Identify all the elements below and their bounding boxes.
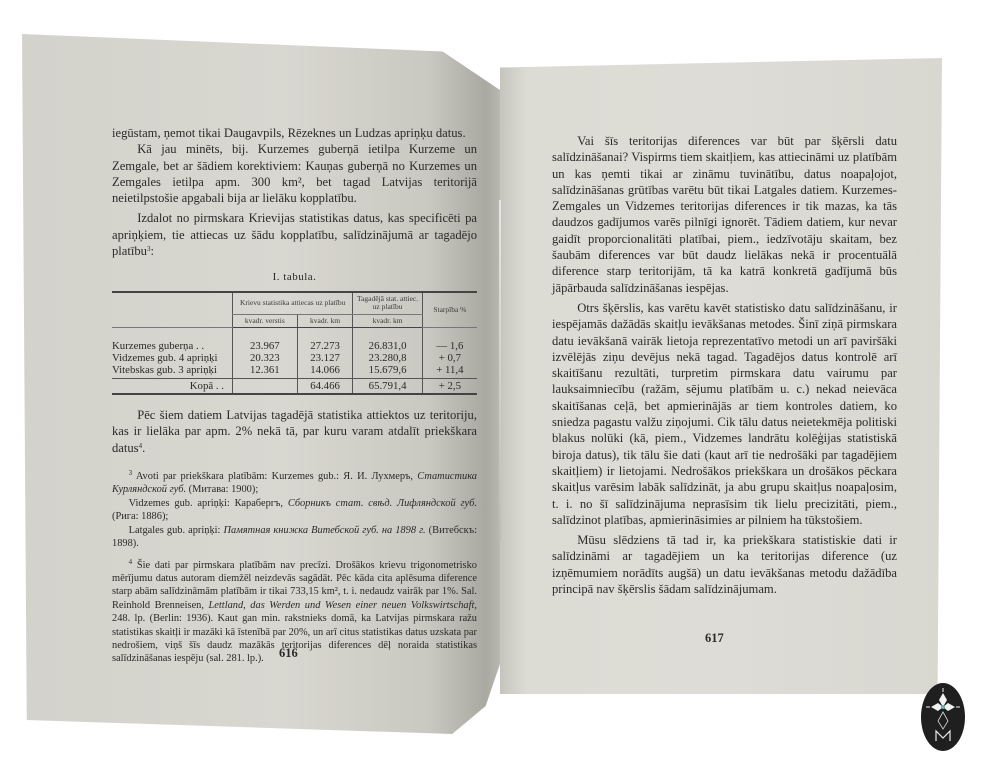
table-row: Vidzemes gub. 4 apriņķi 20.323 23.127 23… xyxy=(112,352,477,364)
total-difference: + 2,5 xyxy=(422,379,477,395)
cell-km-russian: 14.066 xyxy=(297,364,353,379)
logo-glyph-icon xyxy=(921,683,965,751)
publisher-logo-icon xyxy=(921,683,965,751)
table-header-region xyxy=(112,292,232,328)
paragraph-end: . xyxy=(142,441,145,455)
cell-versts: 23.967 xyxy=(232,328,297,353)
footnote-text: (Митава: 1900); xyxy=(189,484,259,495)
footnote-title: Памятная книжка Витебской губ. на 1898 г… xyxy=(224,525,426,536)
table-total-row: Kopā . . 64.466 65.791,4 + 2,5 xyxy=(112,379,477,395)
left-paragraph-3: Izdalot no pirmskara Krievijas statistik… xyxy=(112,210,477,259)
table-subheader-km-current: kvadr. km xyxy=(353,314,422,328)
footnote-title: Сборникъ стат. свѣд. Лифляндской губ. xyxy=(288,498,477,509)
table-header-difference: Starpība % xyxy=(422,292,477,328)
cell-km-current: 15.679,6 xyxy=(353,364,422,379)
row-name: Vitebskas gub. 3 apriņķi xyxy=(112,364,232,379)
paragraph-text: Izdalot no pirmskara Krievijas statistik… xyxy=(112,211,477,258)
table-subheader-km-russian: kvadr. km xyxy=(297,314,353,328)
footnote-text: Latgales gub. apriņķi: xyxy=(129,525,221,536)
paragraph-text: Pēc šiem datiem Latvijas tagadējā statis… xyxy=(112,408,477,455)
cell-versts: 20.323 xyxy=(232,352,297,364)
left-page-content: iegūstam, ņemot tikai Daugavpils, Rēzekn… xyxy=(112,125,477,666)
left-paragraph-2: Kā jau minēts, bij. Kurzemes guberņā iet… xyxy=(112,141,477,206)
table-header-current-stats: Tagadējā stat. attiec. uz platību xyxy=(353,292,422,315)
row-name: Kurzemes guberņa . . xyxy=(112,328,232,353)
left-paragraph-4: Pēc šiem datiem Latvijas tagadējā statis… xyxy=(112,407,477,456)
table-caption: I. tabula. xyxy=(112,269,477,285)
row-name: Vidzemes gub. 4 apriņķi xyxy=(112,352,232,364)
right-paragraph-1: Vai šīs teritorijas diferences var būt p… xyxy=(552,133,897,296)
left-paragraph-1: iegūstam, ņemot tikai Daugavpils, Rēzekn… xyxy=(112,125,477,141)
table-subheader-versts: kvadr. verstis xyxy=(232,314,297,328)
page-number-left: 616 xyxy=(279,646,298,661)
cell-difference: — 1,6 xyxy=(422,328,477,353)
area-comparison-table: Krievu statistika attiecas uz platību Ta… xyxy=(112,291,477,396)
cell-difference: + 11,4 xyxy=(422,364,477,379)
footnote-text: Vidzemes gub. apriņķi: Карабергъ, xyxy=(129,498,283,509)
right-paragraph-3: Mūsu slēdziens tā tad ir, ka priekškara … xyxy=(552,532,897,597)
paragraph-end: : xyxy=(150,244,154,258)
total-label: Kopā . . xyxy=(112,379,232,395)
cell-difference: + 0,7 xyxy=(422,352,477,364)
cell-versts: 12.361 xyxy=(232,364,297,379)
footnote-3-line-2: Vidzemes gub. apriņķi: Карабергъ, Сборни… xyxy=(112,497,477,524)
cell-km-current: 23.280,8 xyxy=(353,352,422,364)
right-page-content: Vai šīs teritorijas diferences var būt p… xyxy=(552,133,897,597)
cell-km-current: 26.831,0 xyxy=(353,328,422,353)
book-gutter xyxy=(499,200,501,540)
table-header-russian-stats: Krievu statistika attiecas uz platību xyxy=(232,292,352,315)
footnote-3-line-3: Latgales gub. apriņķi: Памятная книжка В… xyxy=(112,524,477,551)
footnotes: 3 Avoti par priekškara platībām: Kurzeme… xyxy=(112,470,477,666)
footnote-text: Avoti par priekškara platībām: Kurzemes … xyxy=(136,471,413,482)
cell-km-russian: 27.273 xyxy=(297,328,353,353)
total-versts xyxy=(232,379,297,395)
table-row: Vitebskas gub. 3 apriņķi 12.361 14.066 1… xyxy=(112,364,477,379)
footnote-text: (Рига: 1886); xyxy=(112,511,168,522)
right-paragraph-2: Otrs šķērslis, kas varētu kavēt statisti… xyxy=(552,300,897,528)
footnote-marker: 3 xyxy=(129,469,133,477)
table-row: Kurzemes guberņa . . 23.967 27.273 26.83… xyxy=(112,328,477,353)
footnote-marker: 4 xyxy=(129,558,133,566)
page-number-right: 617 xyxy=(705,631,724,646)
footnote-3-line-1: 3 Avoti par priekškara platībām: Kurzeme… xyxy=(112,470,477,497)
cell-km-russian: 23.127 xyxy=(297,352,353,364)
footnote-title: Lettland, das Werden und Wesen einer neu… xyxy=(209,600,477,611)
total-km-russian: 64.466 xyxy=(297,379,353,395)
total-km-current: 65.791,4 xyxy=(353,379,422,395)
